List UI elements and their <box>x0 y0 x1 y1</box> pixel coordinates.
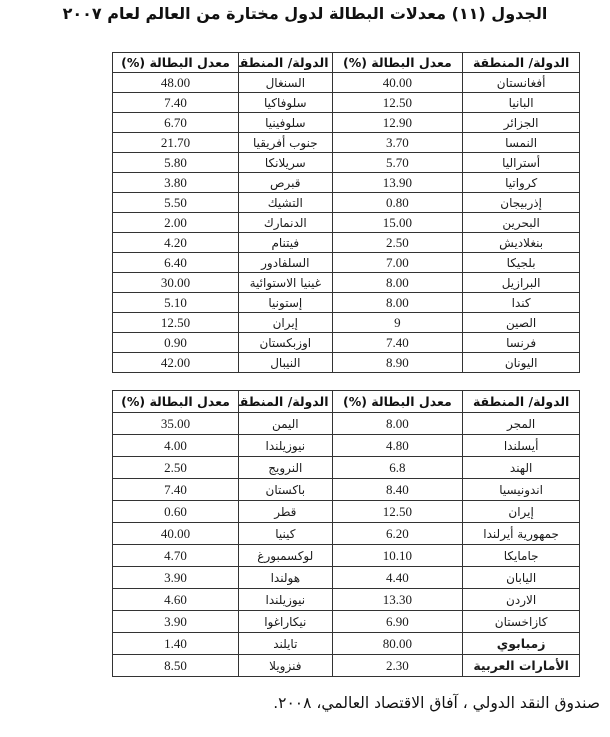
country-cell: أستراليا <box>463 153 580 173</box>
country-cell: نيوزيلندا <box>239 435 332 457</box>
source-note: صندوق النقد الدولي ، آفاق الاقتصاد العال… <box>273 694 600 712</box>
rate-cell: 1.40 <box>113 633 239 655</box>
country-cell: إستونيا <box>239 293 332 313</box>
country-cell: سلوفينيا <box>239 113 332 133</box>
rate-cell: 40.00 <box>113 523 239 545</box>
country-cell: باكستان <box>239 479 332 501</box>
rate-cell: 2.00 <box>113 213 239 233</box>
rate-cell: 6.20 <box>332 523 463 545</box>
table-row: أفغانستان40.00السنغال48.00 <box>113 73 580 93</box>
rate-cell: 2.50 <box>113 457 239 479</box>
rate-cell: 2.30 <box>332 655 463 677</box>
table-row: الأمارات العربية2.30فنزويلا8.50 <box>113 655 580 677</box>
rate-cell: 48.00 <box>113 73 239 93</box>
rate-cell: 8.90 <box>332 353 463 373</box>
table-row: البانيا12.50سلوفاكيا7.40 <box>113 93 580 113</box>
country-cell: نيوزيلندا <box>239 589 332 611</box>
table-row: الاردن13.30نيوزيلندا4.60 <box>113 589 580 611</box>
country-cell: النمسا <box>463 133 580 153</box>
page-title: الجدول (١١) معدلات البطالة لدول مختارة م… <box>0 4 610 23</box>
country-cell: البانيا <box>463 93 580 113</box>
rate-cell: 2.50 <box>332 233 463 253</box>
country-cell: البحرين <box>463 213 580 233</box>
rate-cell: 7.40 <box>332 333 463 353</box>
country-cell: إيران <box>239 313 332 333</box>
rate-cell: 3.90 <box>113 611 239 633</box>
country-cell: كينيا <box>239 523 332 545</box>
country-cell: فيتنام <box>239 233 332 253</box>
rate-cell: 35.00 <box>113 413 239 435</box>
rate-cell: 42.00 <box>113 353 239 373</box>
rate-cell: 10.10 <box>332 545 463 567</box>
rate-cell: 5.10 <box>113 293 239 313</box>
rate-cell: 3.70 <box>332 133 463 153</box>
rate-cell: 6.8 <box>332 457 463 479</box>
country-cell: كازاخستان <box>463 611 580 633</box>
column-header: معدل البطالة (%) <box>332 53 463 73</box>
rate-cell: 0.60 <box>113 501 239 523</box>
column-header: الدولة/ المنطقة <box>239 53 332 73</box>
table-row: الصين9إيران12.50 <box>113 313 580 333</box>
table-row: زمبابوي80.00تايلند1.40 <box>113 633 580 655</box>
rate-cell: 40.00 <box>332 73 463 93</box>
country-cell: كندا <box>463 293 580 313</box>
rate-cell: 3.80 <box>113 173 239 193</box>
country-cell: التشيك <box>239 193 332 213</box>
country-cell: الدنمارك <box>239 213 332 233</box>
rate-cell: 0.90 <box>113 333 239 353</box>
table-row: النمسا3.70جنوب أفريقيا21.70 <box>113 133 580 153</box>
rate-cell: 4.40 <box>332 567 463 589</box>
table-row: كرواتيا13.90قبرص3.80 <box>113 173 580 193</box>
table-row: إيران12.50قطر0.60 <box>113 501 580 523</box>
rate-cell: 7.40 <box>113 93 239 113</box>
rate-cell: 8.00 <box>332 293 463 313</box>
country-cell: إيران <box>463 501 580 523</box>
rate-cell: 15.00 <box>332 213 463 233</box>
rate-cell: 8.50 <box>113 655 239 677</box>
table-header-row: الدولة/ المنطقةمعدل البطالة (%)الدولة/ ا… <box>113 53 580 73</box>
country-cell: فرنسا <box>463 333 580 353</box>
country-cell: سريلانكا <box>239 153 332 173</box>
rate-cell: 6.90 <box>332 611 463 633</box>
table-row: بنغلاديش2.50فيتنام4.20 <box>113 233 580 253</box>
country-cell: اليمن <box>239 413 332 435</box>
table-row: فرنسا7.40اوزبكستان0.90 <box>113 333 580 353</box>
country-cell: سلوفاكيا <box>239 93 332 113</box>
country-cell: قبرص <box>239 173 332 193</box>
table-row: البرازيل8.00غينيا الاستوائية30.00 <box>113 273 580 293</box>
country-cell: اليونان <box>463 353 580 373</box>
rate-cell: 6.70 <box>113 113 239 133</box>
rate-cell: 80.00 <box>332 633 463 655</box>
rate-cell: 0.80 <box>332 193 463 213</box>
rate-cell: 12.90 <box>332 113 463 133</box>
table-row: جامايكا10.10لوكسمبورغ4.70 <box>113 545 580 567</box>
country-cell: نيكاراغوا <box>239 611 332 633</box>
country-cell: قطر <box>239 501 332 523</box>
rate-cell: 5.80 <box>113 153 239 173</box>
country-cell: هولندا <box>239 567 332 589</box>
rate-cell: 21.70 <box>113 133 239 153</box>
column-header: معدل البطالة (%) <box>113 391 239 413</box>
table-row: اليونان8.90النيبال42.00 <box>113 353 580 373</box>
table-row: المجر8.00اليمن35.00 <box>113 413 580 435</box>
country-cell: إذربيجان <box>463 193 580 213</box>
rate-cell: 3.90 <box>113 567 239 589</box>
rate-cell: 5.50 <box>113 193 239 213</box>
country-cell: بنغلاديش <box>463 233 580 253</box>
column-header: الدولة/ المنطقة <box>239 391 332 413</box>
country-cell: أيسلندا <box>463 435 580 457</box>
table-row: أيسلندا4.80نيوزيلندا4.00 <box>113 435 580 457</box>
table-row: أستراليا5.70سريلانكا5.80 <box>113 153 580 173</box>
country-cell: الجزائر <box>463 113 580 133</box>
country-cell: الصين <box>463 313 580 333</box>
country-cell: السلفادور <box>239 253 332 273</box>
rate-cell: 4.80 <box>332 435 463 457</box>
column-header: معدل البطالة (%) <box>113 53 239 73</box>
table-row: اليابان4.40هولندا3.90 <box>113 567 580 589</box>
country-cell: السنغال <box>239 73 332 93</box>
country-cell: اندونيسيا <box>463 479 580 501</box>
table-row: بلجيكا7.00السلفادور6.40 <box>113 253 580 273</box>
column-header: معدل البطالة (%) <box>332 391 463 413</box>
column-header: الدولة/ المنطقة <box>463 53 580 73</box>
rate-cell: 4.20 <box>113 233 239 253</box>
country-cell: النيبال <box>239 353 332 373</box>
rate-cell: 12.50 <box>113 313 239 333</box>
rate-cell: 8.00 <box>332 273 463 293</box>
country-cell: تايلند <box>239 633 332 655</box>
country-cell: فنزويلا <box>239 655 332 677</box>
rate-cell: 30.00 <box>113 273 239 293</box>
rate-cell: 4.60 <box>113 589 239 611</box>
rate-cell: 4.70 <box>113 545 239 567</box>
rate-cell: 5.70 <box>332 153 463 173</box>
column-header: الدولة/ المنطقة <box>463 391 580 413</box>
rate-cell: 8.40 <box>332 479 463 501</box>
country-cell: الهند <box>463 457 580 479</box>
country-cell: المجر <box>463 413 580 435</box>
rate-cell: 7.40 <box>113 479 239 501</box>
rate-cell: 13.30 <box>332 589 463 611</box>
country-cell: جمهورية أيرلندا <box>463 523 580 545</box>
rate-cell: 8.00 <box>332 413 463 435</box>
table-row: كندا8.00إستونيا5.10 <box>113 293 580 313</box>
country-cell: اوزبكستان <box>239 333 332 353</box>
rate-cell: 12.50 <box>332 501 463 523</box>
table-row: البحرين15.00الدنمارك2.00 <box>113 213 580 233</box>
table-row: كازاخستان6.90نيكاراغوا3.90 <box>113 611 580 633</box>
rate-cell: 13.90 <box>332 173 463 193</box>
rate-cell: 6.40 <box>113 253 239 273</box>
table-row: الهند6.8النرويج2.50 <box>113 457 580 479</box>
rate-cell: 12.50 <box>332 93 463 113</box>
table-row: إذربيجان0.80التشيك5.50 <box>113 193 580 213</box>
rate-cell: 7.00 <box>332 253 463 273</box>
country-cell: جنوب أفريقيا <box>239 133 332 153</box>
rate-cell: 4.00 <box>113 435 239 457</box>
table-row: جمهورية أيرلندا6.20كينيا40.00 <box>113 523 580 545</box>
unemployment-table-bottom: الدولة/ المنطقةمعدل البطالة (%)الدولة/ ا… <box>112 390 580 677</box>
country-cell: بلجيكا <box>463 253 580 273</box>
country-cell: كرواتيا <box>463 173 580 193</box>
country-cell: لوكسمبورغ <box>239 545 332 567</box>
table-row: اندونيسيا8.40باكستان7.40 <box>113 479 580 501</box>
country-cell: الأمارات العربية <box>463 655 580 677</box>
table-header-row: الدولة/ المنطقةمعدل البطالة (%)الدولة/ ا… <box>113 391 580 413</box>
document-page: الجدول (١١) معدلات البطالة لدول مختارة م… <box>0 0 610 737</box>
rate-cell: 9 <box>332 313 463 333</box>
country-cell: النرويج <box>239 457 332 479</box>
table-row: الجزائر12.90سلوفينيا6.70 <box>113 113 580 133</box>
country-cell: البرازيل <box>463 273 580 293</box>
country-cell: أفغانستان <box>463 73 580 93</box>
unemployment-table-top: الدولة/ المنطقةمعدل البطالة (%)الدولة/ ا… <box>112 52 580 373</box>
country-cell: جامايكا <box>463 545 580 567</box>
country-cell: زمبابوي <box>463 633 580 655</box>
country-cell: الاردن <box>463 589 580 611</box>
country-cell: اليابان <box>463 567 580 589</box>
country-cell: غينيا الاستوائية <box>239 273 332 293</box>
